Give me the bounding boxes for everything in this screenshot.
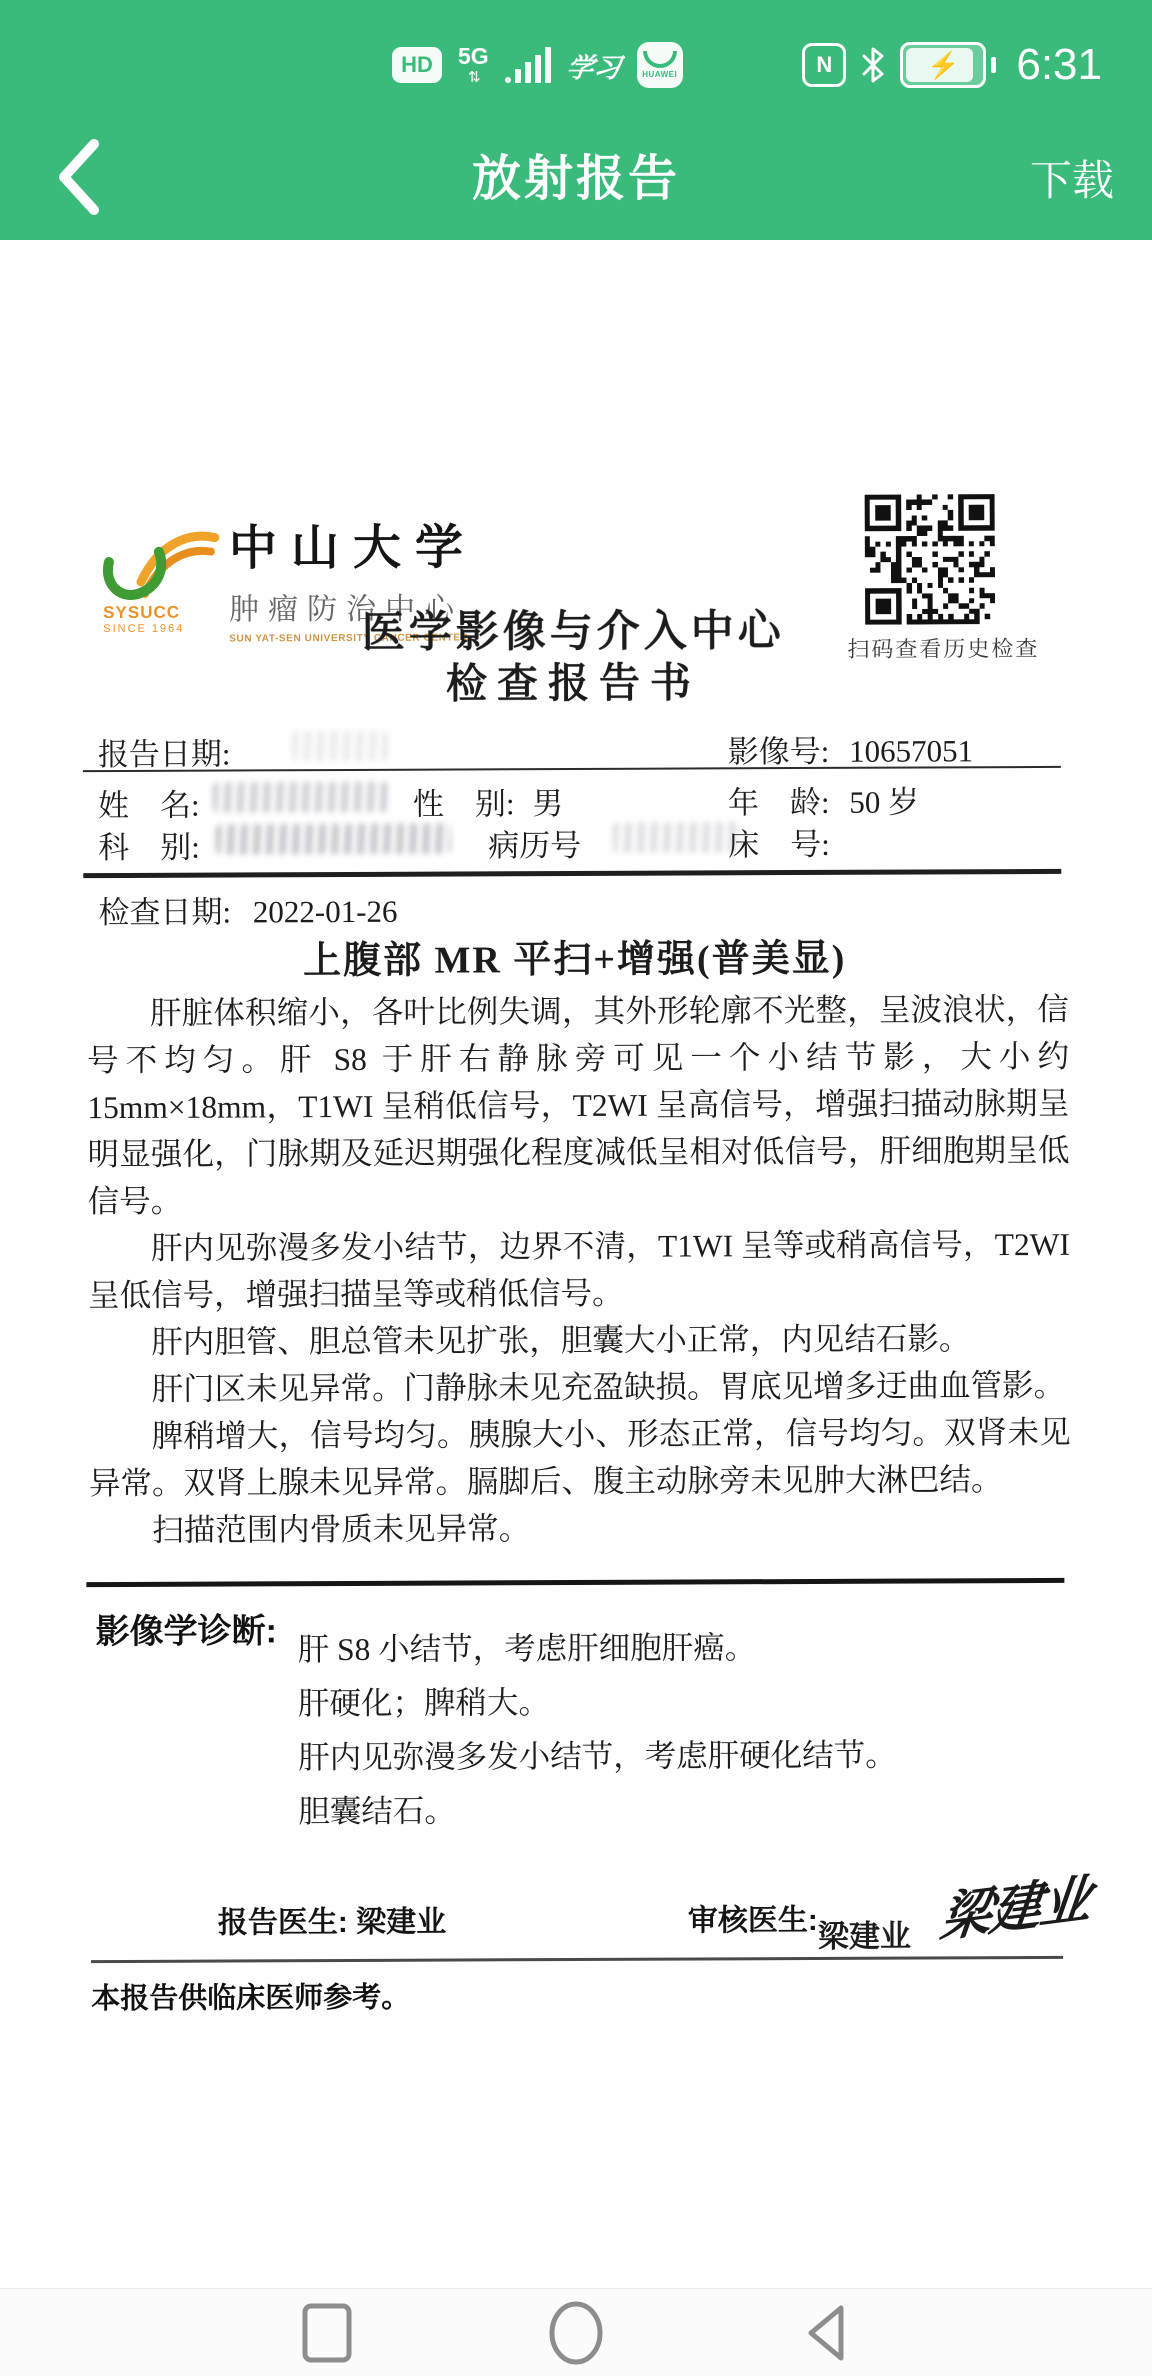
age-value: 50 岁 [849,784,919,819]
recents-button[interactable] [284,2298,370,2368]
findings-paragraph: 肝脏体积缩小，各叶比例失调，其外形轮廓不光整，呈波浪状，信号不均匀。肝 S8 于… [87,986,1070,1225]
status-bar: HD 5G ⇅ 学习 HUAWEI N [0,0,1152,110]
report-doctor: 报告医生: 梁建业 [218,1897,447,1942]
battery-charging-icon: ⚡ [900,42,986,88]
battery-terminal [991,57,996,73]
diagnosis-item: 肝内见弥漫多发小结节，考虑肝硬化结节。 [298,1729,897,1786]
nfc-icon: N [802,43,846,87]
dept-label: 科 别: [98,822,200,867]
report-date-label: 报告日期: [98,729,231,775]
divider-line-thick [86,1578,1064,1587]
lightning-icon: ⚡ [927,50,959,81]
diagnosis-item: 胆囊结石。 [298,1783,897,1840]
download-button[interactable]: 下载 [1030,148,1114,208]
page-title: 放射报告 [0,140,1152,210]
updown-arrows-icon: ⇅ [468,70,479,85]
5g-network-icon: 5G ⇅ [458,45,489,85]
review-doctor-name: 梁建业 [818,1911,911,1956]
findings-paragraph: 肝门区未见异常。门静脉未见充盈缺损。胃底见增多迂曲血管影。 [88,1362,1070,1413]
huawei-appgallery-icon: HUAWEI [637,42,683,88]
gender-field: 性 别: 男 [413,778,564,824]
top-green-bar: HD 5G ⇅ 学习 HUAWEI N [0,0,1152,240]
status-left-cluster: HD 5G ⇅ 学习 HUAWEI [392,42,683,88]
radiology-report-screen: HD 5G ⇅ 学习 HUAWEI N [0,0,1152,2376]
status-right-cluster: N ⚡ 6:31 [802,40,1102,90]
image-number: 影像号: 10657051 [728,725,974,771]
report-photo: SYSUCC SINCE 1964 中山大学 肿瘤防治中心 SUN YAT-SE… [0,240,1152,2288]
doctor-signature: 梁建业 [941,1866,1091,1942]
diagnosis-label: 影像学诊断: [95,1603,277,1653]
back-nav-button[interactable] [782,2298,868,2368]
image-number-value: 10657051 [849,733,973,769]
redacted-dept [216,824,451,855]
home-button[interactable] [533,2298,619,2368]
report-doctor-name: 梁建业 [356,1906,446,1939]
clock-time: 6:31 [1016,40,1102,90]
report-scroll-area[interactable]: SYSUCC SINCE 1964 中山大学 肿瘤防治中心 SUN YAT-SE… [0,240,1152,2288]
app-bar: 放射报告 下载 [0,110,1152,240]
redacted-report-date [293,731,388,761]
findings-paragraph: 扫描范围内骨质未见异常。 [89,1503,1071,1554]
smile-icon [643,51,677,68]
name-label: 姓 名: [98,780,200,825]
back-triangle-icon [803,2302,847,2364]
review-doctor-label: 审核医生: [688,1895,818,1940]
exam-date-field: 检查日期: 2022-01-26 [98,886,397,932]
android-nav-bar [0,2288,1152,2376]
signal-strength-icon [505,47,551,83]
document-title: 检查报告书 [0,647,1150,711]
redacted-record-no [613,822,743,853]
redacted-name [213,782,388,813]
age-field: 年 龄: 50 岁 [728,776,919,822]
findings-paragraph: 肝内胆管、胆总管未见扩张，胆囊大小正常，内见结石影。 [88,1315,1070,1366]
bed-no-label: 床 号: [728,819,830,864]
home-circle-icon [547,2300,605,2366]
diagnosis-item: 肝硬化；脾稍大。 [298,1675,897,1732]
record-no-label: 病历号 [488,820,581,865]
diagnosis-item: 肝 S8 小结节，考虑肝细胞肝癌。 [298,1621,897,1678]
exam-date-value: 2022-01-26 [253,894,398,930]
exam-title: 上腹部 MR 平扫+增强(普美显) [0,925,1151,985]
findings-paragraph: 脾稍增大，信号均匀。胰腺大小、形态正常，信号均匀。双肾未见异常。双肾上腺未见异常… [89,1409,1071,1507]
footer-divider [91,1956,1063,1963]
footer-note: 本报告供临床医师参考。 [91,1975,410,2017]
recents-square-icon [301,2302,353,2364]
diagnosis-list: 肝 S8 小结节，考虑肝细胞肝癌。 肝硬化；脾稍大。 肝内见弥漫多发小结节，考虑… [298,1621,897,1840]
university-name: 中山大学 [229,508,649,579]
xuexi-app-icon: 学习 [564,46,623,85]
hd-voice-icon: HD [392,47,442,83]
divider-line-thick [83,869,1061,878]
bluetooth-icon [860,45,886,85]
findings-section: 肝脏体积缩小，各叶比例失调，其外形轮廓不光整，呈波浪状，信号不均匀。肝 S8 于… [87,986,1071,1554]
gender-value: 男 [532,786,563,821]
findings-paragraph: 肝内见弥漫多发小结节，边界不清，T1WI 呈等或稍高信号，T2WI 呈低信号，增… [88,1221,1070,1319]
